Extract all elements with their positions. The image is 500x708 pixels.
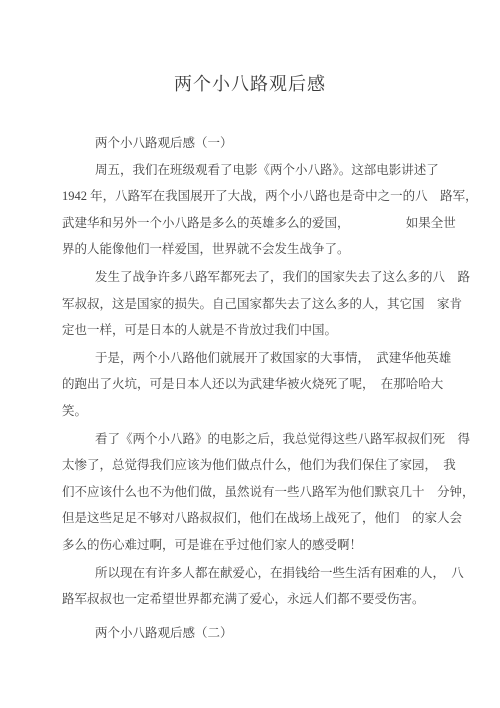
- text-line: 定也一样，可是日本的人就是不肯放过我们中国。: [62, 317, 430, 344]
- text-line: 笑。: [62, 398, 430, 425]
- paragraph: 于是，两个小八路他们就展开了救国家的大事情， 武建华他英雄的跑出了火坑，可是日本…: [62, 345, 430, 425]
- text-line: 路军叔叔也一定希望世界都充满了爱心，永远人们都不要受伤害。: [62, 586, 430, 613]
- text-line: 的跑出了火坑，可是日本人还以为武建华被火烧死了呢， 在那哈哈大: [62, 371, 430, 398]
- text-line: 于是，两个小八路他们就展开了救国家的大事情， 武建华他英雄: [62, 345, 430, 372]
- text-line: 但是这些足足不够对八路叔叔们，他们在战场上战死了，他们 的家人会: [62, 505, 430, 532]
- paragraph: 所以现在有许多人都在献爱心，在捐钱给一些生活有困难的人， 八路军叔叔也一定希望世…: [62, 560, 430, 613]
- text-line: 所以现在有许多人都在献爱心，在捐钱给一些生活有困难的人， 八: [62, 560, 430, 587]
- text-line: 看了《两个小八路》的电影之后，我总觉得这些八路军叔叔们死 得: [62, 426, 430, 453]
- document-body: 两个小八路观后感（一）周五，我们在班级观看了电影《两个小八路》。这部电影讲述了1…: [62, 130, 430, 646]
- section-heading: 两个小八路观后感（一）: [62, 130, 430, 157]
- paragraph: 发生了战争许多八路军都死去了，我们的国家失去了这么多的八 路军叔叔，这是国家的损…: [62, 264, 430, 344]
- text-line: 军叔叔，这是国家的损失。自己国家都失去了这么多的人，其它国 家肯: [62, 291, 430, 318]
- section-heading: 两个小八路观后感（二）: [62, 620, 430, 647]
- document-title: 两个小八路观后感: [0, 0, 500, 98]
- text-line: 发生了战争许多八路军都死去了，我们的国家失去了这么多的八 路: [62, 264, 430, 291]
- text-line: 武建华和另外一个小八路是多么的英雄多么的爱国， 如果全世: [62, 210, 430, 237]
- paragraph: 看了《两个小八路》的电影之后，我总觉得这些八路军叔叔们死 得太惨了，总觉得我们应…: [62, 426, 430, 559]
- text-line: 界的人能像他们一样爱国，世界就不会发生战争了。: [62, 236, 430, 263]
- text-line: 们不应该什么也不为他们做，虽然说有一些八路军为他们默哀几十 分钟，: [62, 479, 430, 506]
- paragraph: 周五，我们在班级观看了电影《两个小八路》。这部电影讲述了1942 年，八路军在我…: [62, 157, 430, 263]
- text-line: 1942 年，八路军在我国展开了大战，两个小八路也是奇中之一的八 路军，: [62, 183, 430, 210]
- text-line: 多么的伤心难过啊，可是谁在乎过他们家人的感受啊！: [62, 532, 430, 559]
- document-page: 两个小八路观后感 两个小八路观后感（一）周五，我们在班级观看了电影《两个小八路》…: [0, 0, 500, 708]
- text-line: 太惨了，总觉得我们应该为他们做点什么，他们为我们保住了家园， 我: [62, 452, 430, 479]
- text-line: 周五，我们在班级观看了电影《两个小八路》。这部电影讲述了: [62, 157, 430, 184]
